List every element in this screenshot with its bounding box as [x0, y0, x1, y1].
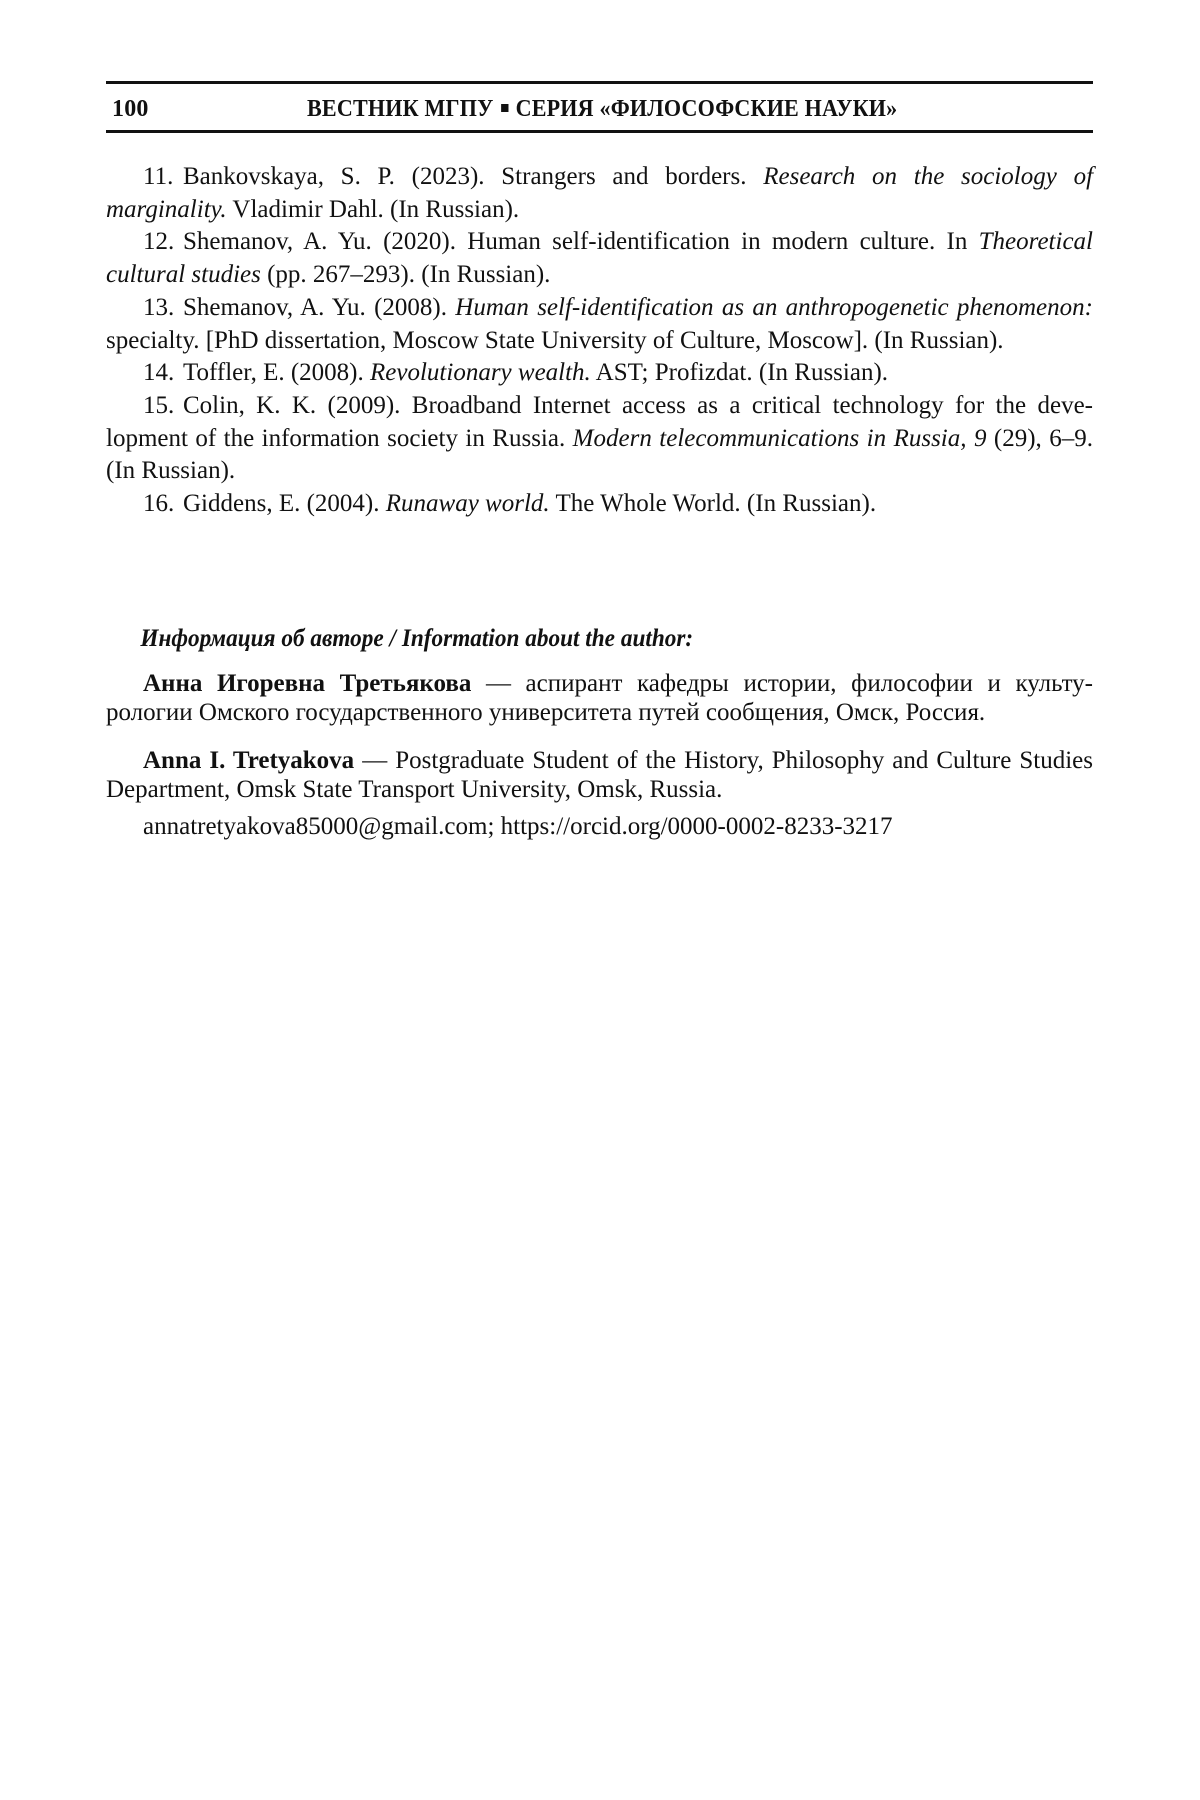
reference-text: (pp. 267–293). (In Russian). — [261, 261, 551, 288]
reference-text: Toffler, E. (2008). — [183, 359, 370, 386]
author-contacts: annatretyakova85000@gmail.com; https://o… — [106, 811, 1093, 843]
reference-item: 16.Giddens, E. (2004). Runaway world. Th… — [106, 488, 1093, 521]
reference-text: The Whole World. (In Russian). — [550, 490, 876, 517]
reference-item: 11.Bankovskaya, S. P. (2023). Strangers … — [106, 161, 1093, 226]
reference-text: Shemanov, A. Yu. (2008). — [183, 294, 455, 321]
header-top-rule — [106, 81, 1093, 84]
reference-item: 13.Shemanov, A. Yu. (2008). Human self-i… — [106, 292, 1093, 357]
journal-title: ВЕСТНИК МГПУСЕРИЯ «ФИЛОСОФСКИЕ НАУКИ» — [307, 92, 897, 126]
author-name-english: Anna I. Tretyakova — [143, 747, 354, 774]
reference-number: 11. — [143, 161, 183, 194]
author-bio-russian: Анна Игоревна Третьякова — аспирант кафе… — [106, 669, 1093, 727]
reference-number: 13. — [143, 292, 183, 325]
author-name-russian: Анна Игоревна Третьякова — [143, 670, 471, 697]
small-square-separator-icon — [501, 104, 508, 112]
author-info-heading: Информация об авторе / Information about… — [106, 622, 1024, 656]
author-bio-english: Anna I. Tretyakova — Postgraduate Studen… — [106, 746, 1093, 804]
journal-title-right: СЕРИЯ «ФИЛОСОФСКИЕ НАУКИ» — [516, 96, 898, 122]
reference-number: 16. — [143, 488, 183, 521]
reference-text: Vladimir Dahl. (In Russian). — [227, 196, 520, 223]
reference-text: specialty. [PhD dissertation, Moscow Sta… — [106, 327, 1004, 354]
reference-title-italic: Human self-identification as an anthropo… — [455, 294, 1093, 321]
reference-number: 12. — [143, 226, 183, 259]
reference-title-italic: Modern telecommunications in Russia, 9 — [573, 425, 987, 452]
journal-title-left: ВЕСТНИК МГПУ — [307, 96, 493, 122]
reference-list: 11.Bankovskaya, S. P. (2023). Strangers … — [106, 161, 1093, 521]
reference-text: Bankovskaya, S. P. (2023). Strangers and… — [183, 163, 763, 190]
page-number: 100 — [112, 92, 149, 126]
reference-item: 14.Toffler, E. (2008). Revolutionary wea… — [106, 357, 1093, 390]
reference-title-italic: Revolutionary wealth. — [370, 359, 591, 386]
contacts-separator: ; — [487, 813, 500, 840]
running-header: 100 ВЕСТНИК МГПУСЕРИЯ «ФИЛОСОФСКИЕ НАУКИ… — [106, 92, 1093, 126]
reference-text: AST; Profizdat. (In Russian). — [591, 359, 888, 386]
author-information: Информация об авторе / Information about… — [106, 622, 1093, 843]
reference-number: 15. — [143, 390, 183, 423]
header-bottom-rule — [106, 130, 1093, 133]
author-orcid-link[interactable]: https://orcid.org/0000-0002-8233-3217 — [501, 813, 893, 840]
reference-number: 14. — [143, 357, 183, 390]
reference-item: 15.Colin, K. K. (2009). Broadband Intern… — [106, 390, 1093, 488]
reference-text: Shemanov, A. Yu. (2020). Human self-iden… — [183, 228, 979, 255]
reference-text: Giddens, E. (2004). — [183, 490, 386, 517]
reference-title-italic: Runaway world. — [386, 490, 550, 517]
reference-item: 12.Shemanov, A. Yu. (2020). Human self-i… — [106, 226, 1093, 291]
author-email-link[interactable]: annatretyakova85000@gmail.com — [143, 813, 487, 840]
